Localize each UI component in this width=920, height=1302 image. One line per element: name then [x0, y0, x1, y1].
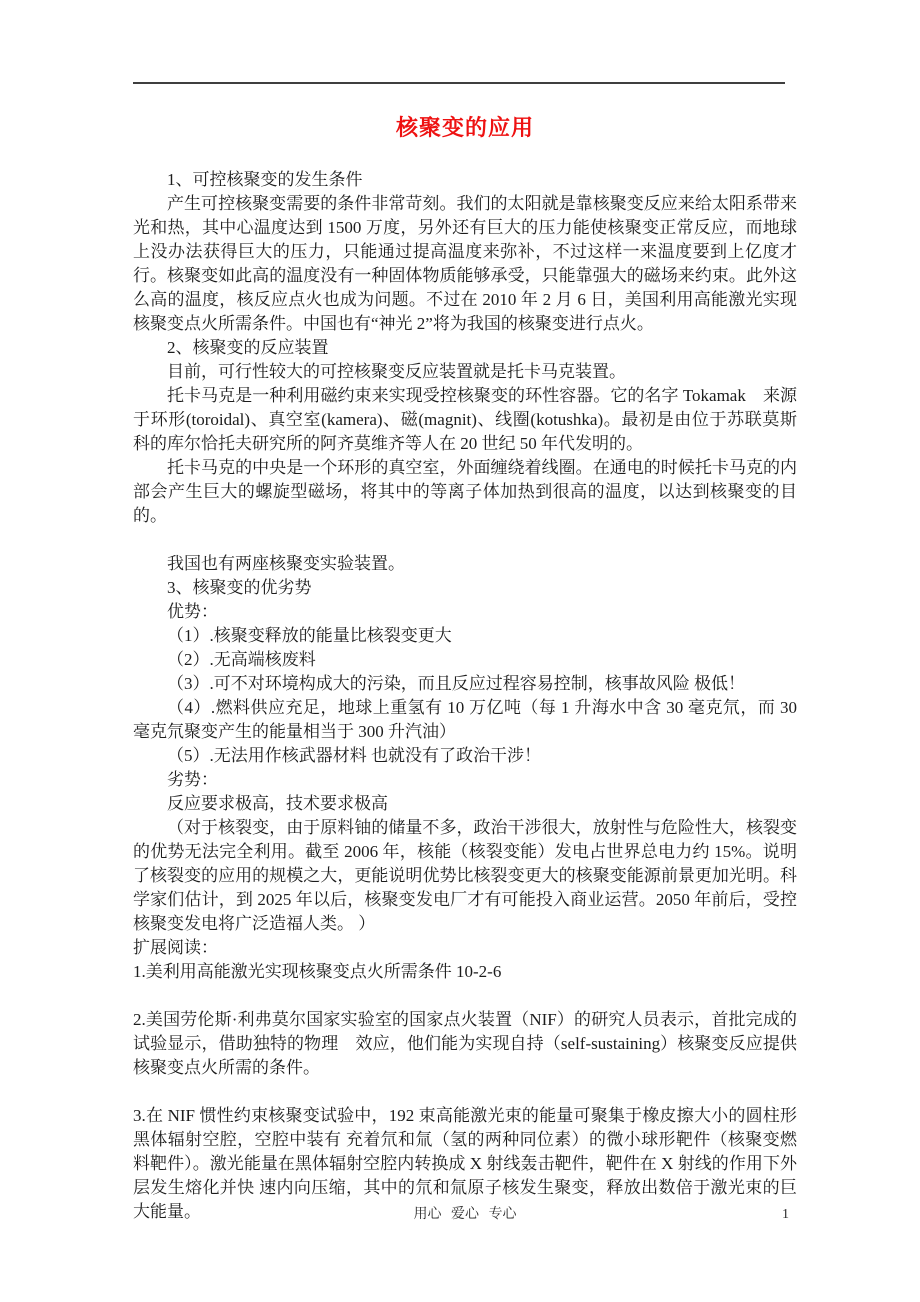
paragraph: （对于核裂变，由于原料铀的储量不多，政治干涉很大，放射性与危险性大，核裂变的优势…	[133, 816, 797, 936]
paragraph: 产生可控核聚变需要的条件非常苛刻。我们的太阳就是靠核聚变反应来给太阳系带来光和热…	[133, 192, 797, 336]
blank-line	[133, 984, 797, 1008]
footer-motto: 用心 爱心 专心	[133, 1205, 797, 1225]
paragraph: 劣势：	[133, 768, 797, 792]
paragraph: 目前，可行性较大的可控核聚变反应装置就是托卡马克装置。	[133, 360, 797, 384]
paragraph: 1、可控核聚变的发生条件	[133, 168, 797, 192]
page-number: 1	[782, 1205, 789, 1225]
paragraph: 优势：	[133, 600, 797, 624]
paragraph: （1）.核聚变释放的能量比核裂变更大	[133, 624, 797, 648]
paragraph: 3、核聚变的优劣势	[133, 576, 797, 600]
paragraph: （4）.燃料供应充足，地球上重氢有 10 万亿吨（每 1 升海水中含 30 毫克…	[133, 696, 797, 744]
paragraph: 托卡马克是一种利用磁约束来实现受控核聚变的环性容器。它的名字 Tokamak 来…	[133, 384, 797, 456]
paragraph: （3）.可不对环境构成大的污染，而且反应过程容易控制，核事故风险 极低！	[133, 672, 797, 696]
header-rule	[133, 82, 785, 84]
document-title: 核聚变的应用	[133, 111, 797, 145]
paragraph: 2、核聚变的反应装置	[133, 336, 797, 360]
paragraph: 2.美国劳伦斯·利弗莫尔国家实验室的国家点火装置（NIF）的研究人员表示，首批完…	[133, 1008, 797, 1080]
paragraph: 反应要求极高，技术要求极高	[133, 792, 797, 816]
blank-line	[133, 528, 797, 552]
document-body: 1、可控核聚变的发生条件产生可控核聚变需要的条件非常苛刻。我们的太阳就是靠核聚变…	[133, 168, 797, 1224]
document-page: 核聚变的应用 1、可控核聚变的发生条件产生可控核聚变需要的条件非常苛刻。我们的太…	[0, 0, 920, 1302]
paragraph: 我国也有两座核聚变实验装置。	[133, 552, 797, 576]
paragraph: 扩展阅读：	[133, 936, 797, 960]
page-footer: 用心 爱心 专心 1	[133, 1205, 797, 1225]
paragraph: （2）.无高端核废料	[133, 648, 797, 672]
paragraph: 1.美利用高能激光实现核聚变点火所需条件 10-2-6	[133, 960, 797, 984]
paragraph: 托卡马克的中央是一个环形的真空室，外面缠绕着线圈。在通电的时候托卡马克的内部会产…	[133, 456, 797, 528]
paragraph: （5）.无法用作核武器材料 也就没有了政治干涉！	[133, 744, 797, 768]
blank-line	[133, 1080, 797, 1104]
